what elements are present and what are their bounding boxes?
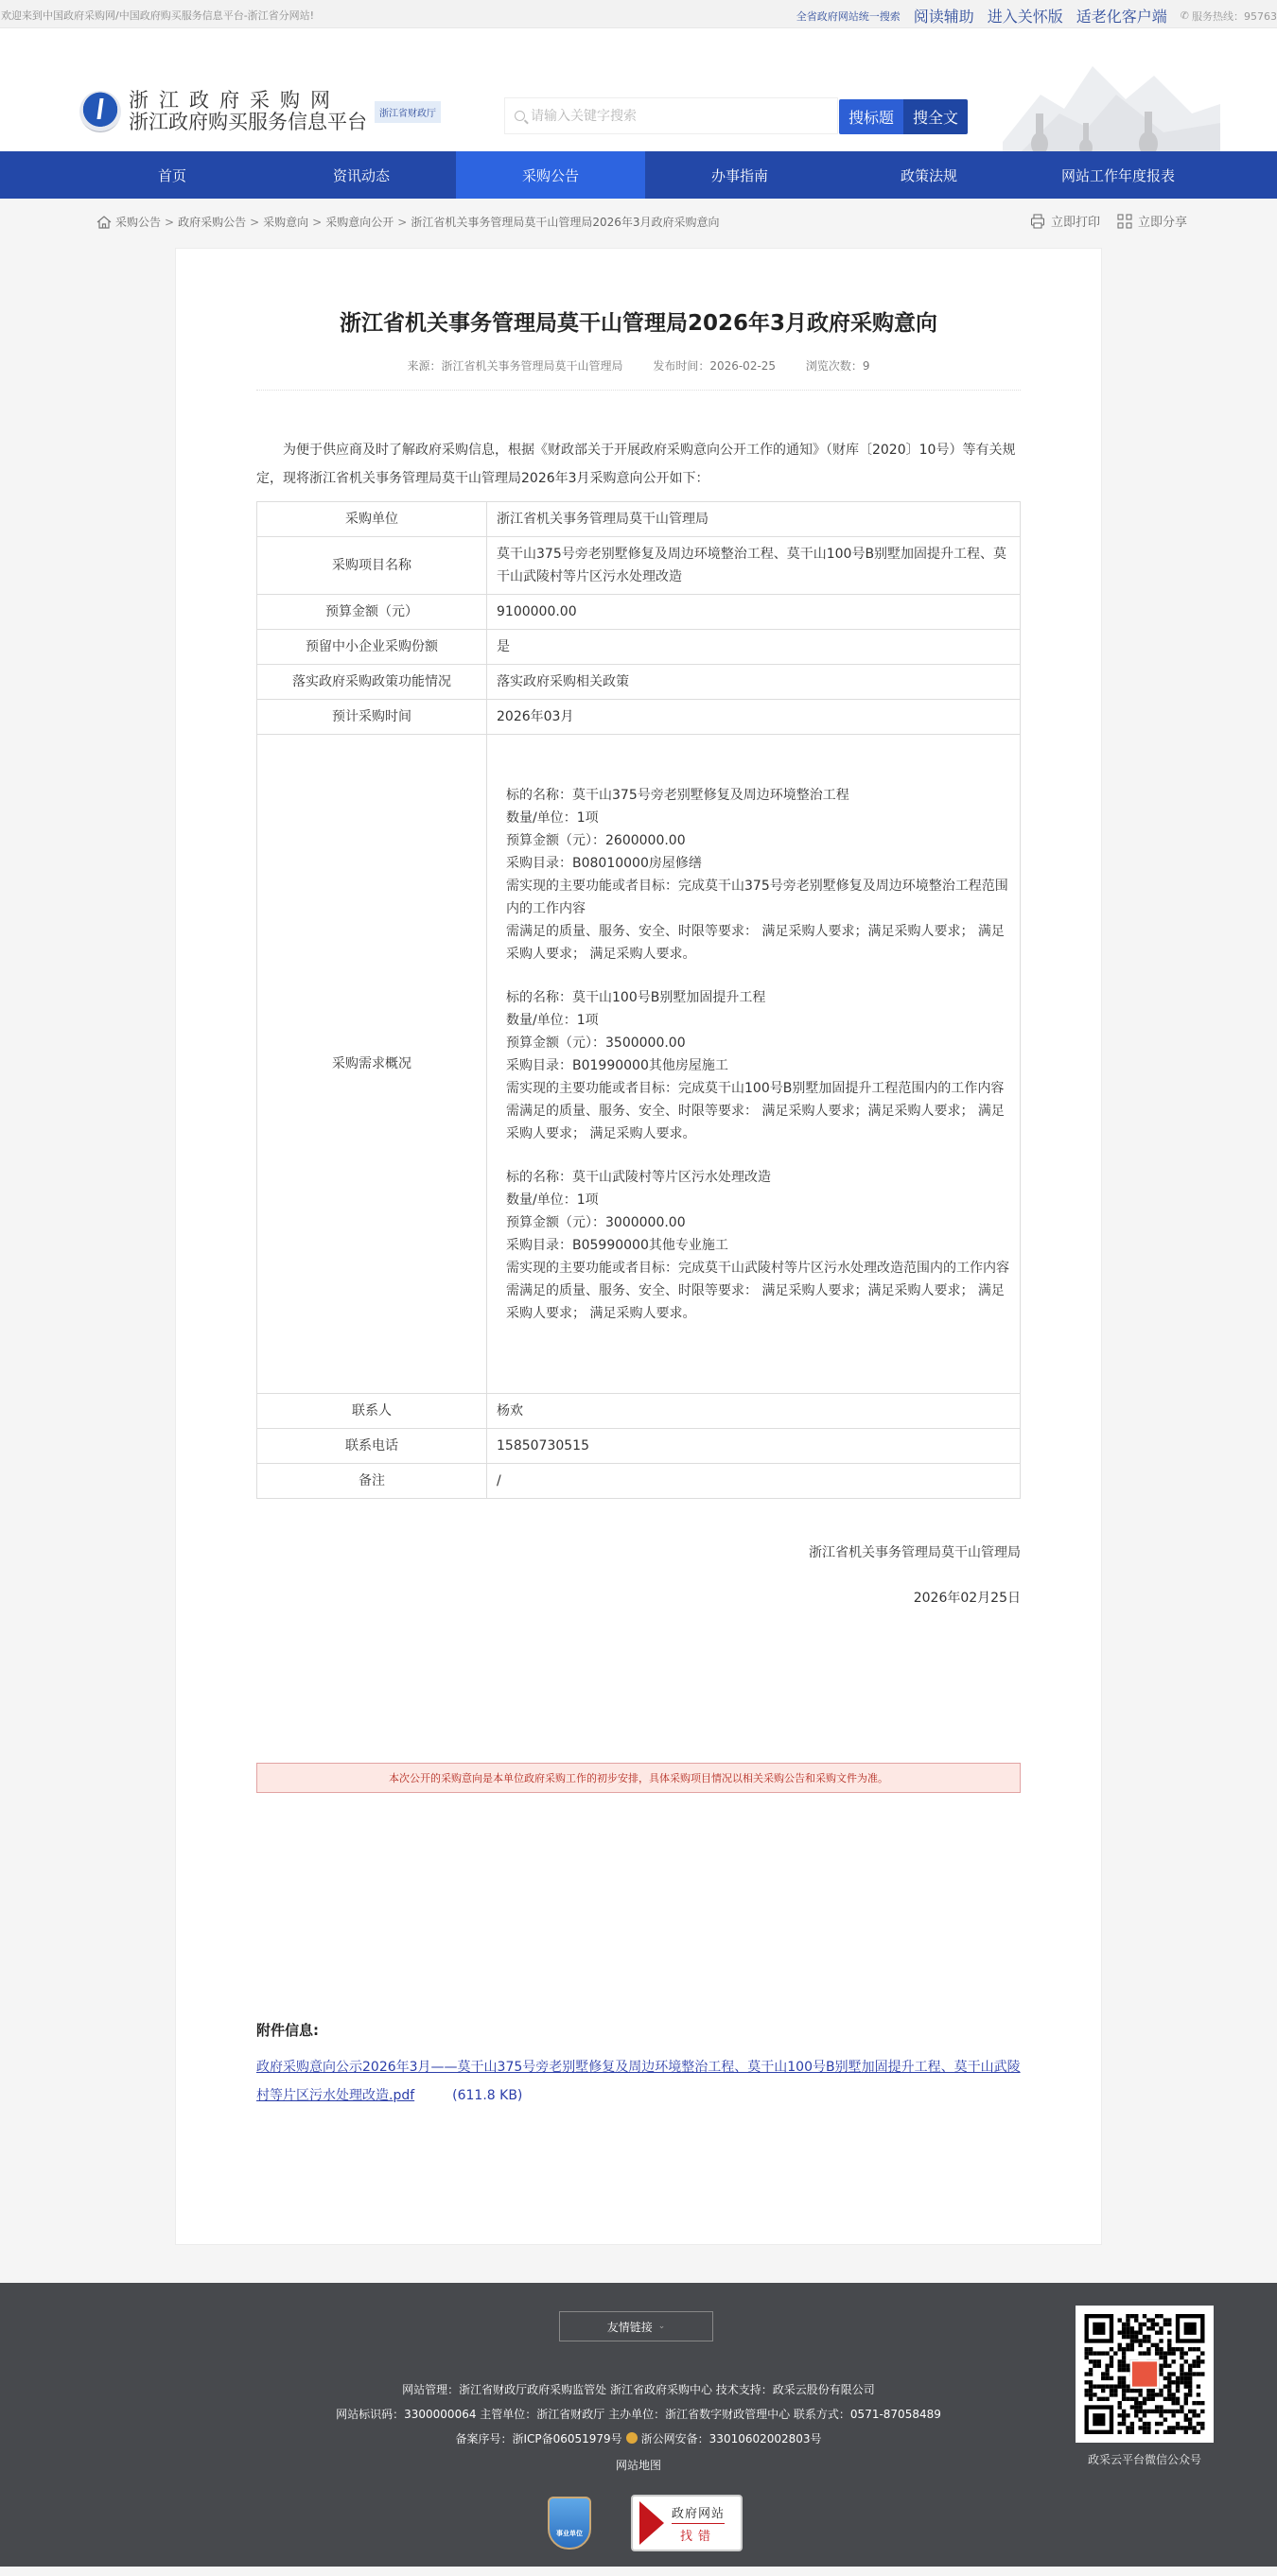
article-publish-time: 发布时间：2026-02-25 bbox=[653, 359, 776, 373]
share-label: 立即分享 bbox=[1138, 212, 1187, 230]
qr-share-icon bbox=[1117, 214, 1132, 229]
hotline: ✆ 服务热线：95763 bbox=[1181, 9, 1277, 24]
lot-goal: 需实现的主要功能或者目标：完成莫干山375号旁老别墅修复及周边环境整治工程范围内… bbox=[506, 875, 1010, 920]
lot-req: 需满足的质量、服务、安全、时限等要求： 满足采购人要求；满足采购人要求； 满足采… bbox=[506, 1100, 1010, 1145]
top-bar: 下午好，欢迎来到中国政府采购网/中国政府购买服务信息平台-浙江省分网站! 全省政… bbox=[0, 0, 1277, 28]
table-row: 落实政府采购政策功能情况落实政府采购相关政策 bbox=[257, 665, 1021, 700]
disclaimer-notice: 本次公开的采购意向是本单位政府采购工作的初步安排，具体采购项目情况以相关采购公告… bbox=[256, 1763, 1021, 1793]
magnifier-flag-icon bbox=[639, 2501, 664, 2545]
phone-icon: ✆ bbox=[1181, 9, 1189, 22]
table-row: 预计采购时间2026年03月 bbox=[257, 700, 1021, 735]
procurement-table: 采购单位浙江省机关事务管理局莫干山管理局采购项目名称莫干山375号旁老别墅修复及… bbox=[256, 501, 1021, 1499]
row-key: 落实政府采购政策功能情况 bbox=[257, 665, 487, 700]
lot-catalog: 采购目录：B08010000房屋修缮 bbox=[506, 852, 1010, 875]
row-value: 是 bbox=[487, 630, 1021, 665]
attachments-title: 附件信息: bbox=[256, 2020, 1021, 2040]
breadcrumb-bar: 采购公告> 政府采购公告> 采购意向> 采购意向公开> 浙江省机关事务管理局莫干… bbox=[0, 199, 1277, 246]
breadcrumb-current: 浙江省机关事务管理局莫干山管理局2026年3月政府采购意向 bbox=[411, 214, 719, 230]
lot-qty: 数量/单位：1项 bbox=[506, 1189, 1010, 1211]
row-key: 预留中小企业采购份额 bbox=[257, 630, 487, 665]
procurement-lot: 标的名称：莫干山375号旁老别墅修复及周边环境整治工程数量/单位：1项预算金额（… bbox=[506, 784, 1010, 966]
search-title-button[interactable]: 搜标题 bbox=[839, 99, 903, 134]
row-value: 莫干山375号旁老别墅修复及周边环境整治工程、莫干山100号B别墅加固提升工程、… bbox=[487, 537, 1021, 595]
signature-date: 2026年02月25日 bbox=[256, 1588, 1021, 1607]
printer-icon bbox=[1030, 214, 1045, 229]
table-row: 联系电话15850730515 bbox=[257, 1429, 1021, 1464]
table-row: 备注/ bbox=[257, 1464, 1021, 1499]
row-value: 2026年03月 bbox=[487, 700, 1021, 735]
qr-code-icon bbox=[1084, 2314, 1205, 2434]
search-icon bbox=[515, 111, 525, 121]
article-source: 来源：浙江省机关事务管理局莫干山管理局 bbox=[407, 359, 622, 373]
article-views: 浏览次数：9 bbox=[806, 359, 870, 373]
nav-annual-report[interactable]: 网站工作年度报表 bbox=[1028, 151, 1208, 199]
breadcrumb-item[interactable]: 政府采购公告 bbox=[178, 214, 246, 230]
signature-org: 浙江省机关事务管理局莫干山管理局 bbox=[256, 1542, 1021, 1561]
table-row: 预留中小企业采购份额是 bbox=[257, 630, 1021, 665]
attachment-link[interactable]: 政府采购意向公示2026年3月——莫干山375号旁老别墅修复及周边环境整治工程、… bbox=[256, 2060, 1021, 2103]
lot-goal: 需实现的主要功能或者目标：完成莫干山100号B别墅加固提升工程范围内的工作内容 bbox=[506, 1077, 1010, 1100]
lot-qty: 数量/单位：1项 bbox=[506, 1009, 1010, 1032]
police-badge-icon bbox=[626, 2432, 638, 2444]
hotline-text: 服务热线：95763 bbox=[1192, 9, 1277, 24]
procurement-lot: 标的名称：莫干山100号B别墅加固提升工程数量/单位：1项预算金额（元）：350… bbox=[506, 986, 1010, 1145]
welcome-text: 下午好，欢迎来到中国政府采购网/中国政府购买服务信息平台-浙江省分网站! bbox=[0, 8, 314, 23]
site-logo[interactable]: 浙江政府采购网 浙江政府购买服务信息平台 浙江省财政厅 bbox=[79, 91, 441, 132]
breadcrumb-item[interactable]: 采购意向公开 bbox=[325, 214, 394, 230]
chevron-down-icon: ⌄ bbox=[658, 2322, 666, 2331]
lot-catalog: 采购目录：B05990000其他专业施工 bbox=[506, 1234, 1010, 1257]
row-key: 备注 bbox=[257, 1464, 487, 1499]
lot-budget: 预算金额（元）：3500000.00 bbox=[506, 1032, 1010, 1054]
icp-link[interactable]: 备案序号：浙ICP备06051979号 bbox=[455, 2432, 621, 2445]
print-label: 立即打印 bbox=[1051, 212, 1100, 230]
nav-guide[interactable]: 办事指南 bbox=[650, 151, 830, 199]
lot-qty: 数量/单位：1项 bbox=[506, 807, 1010, 829]
logo-tag: 浙江省财政厅 bbox=[375, 101, 441, 123]
nav-home[interactable]: 首页 bbox=[82, 151, 262, 199]
row-key: 预算金额（元） bbox=[257, 595, 487, 630]
row-key: 采购需求概况 bbox=[257, 735, 487, 1394]
friend-links-dropdown[interactable]: 友情链接 ⌄ bbox=[559, 2311, 713, 2341]
article-title: 浙江省机关事务管理局莫干山管理局2026年3月政府采购意向 bbox=[256, 249, 1021, 337]
table-row: 预算金额（元）9100000.00 bbox=[257, 595, 1021, 630]
nav-procurement-notices[interactable]: 采购公告 bbox=[456, 151, 645, 199]
article-intro: 为便于供应商及时了解政府采购信息，根据《财政部关于开展政府采购意向公开工作的通知… bbox=[256, 436, 1021, 493]
search-fulltext-button[interactable]: 搜全文 bbox=[903, 99, 968, 134]
report-line1: 政府网站 bbox=[672, 2503, 725, 2524]
row-key: 预计采购时间 bbox=[257, 700, 487, 735]
lot-budget: 预算金额（元）：3000000.00 bbox=[506, 1211, 1010, 1234]
seal-label: 事业单位 bbox=[556, 2529, 583, 2538]
lot-name: 标的名称：莫干山武陵村等片区污水处理改造 bbox=[506, 1166, 1010, 1189]
attachments: 附件信息: 政府采购意向公示2026年3月——莫干山375号旁老别墅修复及周边环… bbox=[256, 2020, 1021, 2110]
main-nav: 首页 资讯动态 采购公告 办事指南 政策法规 网站工作年度报表 bbox=[0, 151, 1277, 199]
search-box bbox=[504, 97, 838, 134]
procurement-lot: 标的名称：莫干山武陵村等片区污水处理改造数量/单位：1项预算金额（元）：3000… bbox=[506, 1166, 1010, 1325]
logo-line1: 浙江政府采购网 bbox=[129, 91, 367, 111]
province-search-link[interactable]: 全省政府网站统一搜索 bbox=[796, 9, 901, 24]
site-header: 浙江政府采购网 浙江政府购买服务信息平台 浙江省财政厅 搜标题 搜全文 bbox=[0, 28, 1277, 151]
wechat-qr-code bbox=[1076, 2306, 1214, 2443]
mountain-pagoda-decoration bbox=[1003, 57, 1220, 151]
row-key: 联系电话 bbox=[257, 1429, 487, 1464]
row-value: / bbox=[487, 1464, 1021, 1499]
row-value: 9100000.00 bbox=[487, 595, 1021, 630]
row-value: 15850730515 bbox=[487, 1429, 1021, 1464]
table-row: 采购需求概况 标的名称：莫干山375号旁老别墅修复及周边环境整治工程数量/单位：… bbox=[257, 735, 1021, 1394]
print-button[interactable]: 立即打印 bbox=[1030, 212, 1100, 230]
breadcrumb: 采购公告> 政府采购公告> 采购意向> 采购意向公开> 浙江省机关事务管理局莫干… bbox=[96, 214, 720, 230]
breadcrumb-item[interactable]: 采购意向 bbox=[263, 214, 308, 230]
attachment-size: (611.8 KB) bbox=[452, 2088, 522, 2103]
table-row: 采购项目名称莫干山375号旁老别墅修复及周边环境整治工程、莫干山100号B别墅加… bbox=[257, 537, 1021, 595]
demand-overview: 标的名称：莫干山375号旁老别墅修复及周边环境整治工程数量/单位：1项预算金额（… bbox=[487, 735, 1021, 1394]
police-record-link[interactable]: 浙公网安备：33010602002803号 bbox=[641, 2432, 822, 2445]
breadcrumb-item[interactable]: 采购公告 bbox=[115, 214, 161, 230]
row-key: 采购单位 bbox=[257, 502, 487, 537]
lot-req: 需满足的质量、服务、安全、时限等要求： 满足采购人要求；满足采购人要求； 满足采… bbox=[506, 920, 1010, 966]
elderly-client-link[interactable]: 适老化客户端 bbox=[1076, 5, 1167, 26]
row-key: 采购项目名称 bbox=[257, 537, 487, 595]
share-button[interactable]: 立即分享 bbox=[1117, 212, 1187, 230]
article-card: 浙江省机关事务管理局莫干山管理局2026年3月政府采购意向 来源：浙江省机关事务… bbox=[175, 248, 1102, 2245]
lot-catalog: 采购目录：B01990000其他房屋施工 bbox=[506, 1054, 1010, 1077]
care-version-link[interactable]: 进入关怀版 bbox=[988, 5, 1063, 26]
reading-aid-link[interactable]: 阅读辅助 bbox=[914, 5, 974, 26]
article-meta: 来源：浙江省机关事务管理局莫干山管理局 发布时间：2026-02-25 浏览次数… bbox=[256, 357, 1021, 391]
report-line2: 找错 bbox=[672, 2526, 725, 2544]
table-row: 联系人杨欢 bbox=[257, 1394, 1021, 1429]
report-error-button[interactable]: 政府网站 找错 bbox=[631, 2495, 743, 2551]
table-row: 采购单位浙江省机关事务管理局莫干山管理局 bbox=[257, 502, 1021, 537]
home-icon[interactable] bbox=[96, 216, 112, 229]
public-institution-seal[interactable]: 事业单位 bbox=[548, 2497, 591, 2550]
lot-name: 标的名称：莫干山375号旁老别墅修复及周边环境整治工程 bbox=[506, 784, 1010, 807]
lot-goal: 需实现的主要功能或者目标：完成莫干山武陵村等片区污水处理改造范围内的工作内容 bbox=[506, 1257, 1010, 1279]
row-value: 浙江省机关事务管理局莫干山管理局 bbox=[487, 502, 1021, 537]
row-value: 杨欢 bbox=[487, 1394, 1021, 1429]
logo-line2: 浙江政府购买服务信息平台 bbox=[129, 113, 367, 132]
friend-links-label: 友情链接 bbox=[607, 2319, 653, 2335]
lot-name: 标的名称：莫干山100号B别墅加固提升工程 bbox=[506, 986, 1010, 1009]
emblem-icon bbox=[79, 91, 121, 132]
nav-news[interactable]: 资讯动态 bbox=[271, 151, 451, 199]
nav-policies[interactable]: 政策法规 bbox=[839, 151, 1019, 199]
row-key: 联系人 bbox=[257, 1394, 487, 1429]
row-value: 落实政府采购相关政策 bbox=[487, 665, 1021, 700]
lot-req: 需满足的质量、服务、安全、时限等要求： 满足采购人要求；满足采购人要求； 满足采… bbox=[506, 1279, 1010, 1325]
qr-label: 政采云平台微信公众号 bbox=[1076, 2451, 1214, 2467]
search-input[interactable] bbox=[531, 109, 814, 124]
site-footer: 友情链接 ⌄ 网站管理：浙江省财政厅政府采购监管处 浙江省政府采购中心 技术支持… bbox=[0, 2283, 1277, 2567]
lot-budget: 预算金额（元）：2600000.00 bbox=[506, 829, 1010, 852]
